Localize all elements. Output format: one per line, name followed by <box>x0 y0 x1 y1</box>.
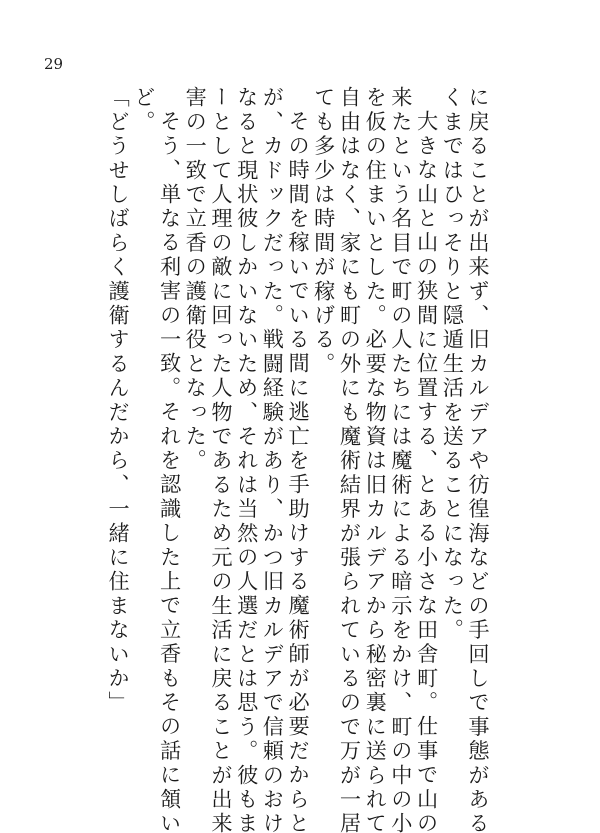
text-line: 大きな山と山の狭間に位置する、とある小さな田舎町。仕事で山の地質調査に <box>414 86 440 746</box>
text-line: ーとして人理の敵に回った人物であるため元の生活に戻ることが出来ず、所謂利 <box>208 86 234 746</box>
page-number: 29 <box>44 55 63 73</box>
text-line: 害の一致で立香の護衛役となった。 <box>183 86 209 746</box>
text-line: を仮の住まいとした。必要な物資は旧カルデアから秘密裏に送られてくるので不 <box>362 86 388 746</box>
dialogue-line: 「どうせしばらく護衛するんだから、一緒に住まないか」 <box>105 86 131 746</box>
text-line: くまではひっそりと隠遁生活を送ることになった。 <box>440 86 466 746</box>
text-line: ど。 <box>131 86 157 746</box>
text-line: なると現状彼しかいないため、それは当然の人選だとは思う。彼もまたクリプタ <box>234 86 260 746</box>
text-line: そう、単なる利害の一致。それを認識した上で立香もその話に頷いたのだけれ <box>157 86 183 746</box>
text-line: が、カドックだった。戦闘経験があり、かつ旧カルデアで信頼のおける魔術師と <box>260 86 286 746</box>
text-line: 自由はなく、家にも町の外にも魔術結界が張られているので万が一居場所がバレ <box>337 86 363 746</box>
text-line: 来たという名目で町の人たちには魔術による暗示をかけ、町の中の小さな一軒家 <box>388 86 414 746</box>
text-line: その時間を稼いでいる間に逃亡を手助けする魔術師が必要だからと選ばれたの <box>285 86 311 746</box>
text-line: ても多少は時間が稼げる。 <box>311 86 337 746</box>
body-text: に戻ることが出来ず、旧カルデアや彷徨海などの手回しで事態がある程度落ち着 くまで… <box>105 86 491 746</box>
text-line: に戻ることが出来ず、旧カルデアや彷徨海などの手回しで事態がある程度落ち着 <box>465 86 491 746</box>
